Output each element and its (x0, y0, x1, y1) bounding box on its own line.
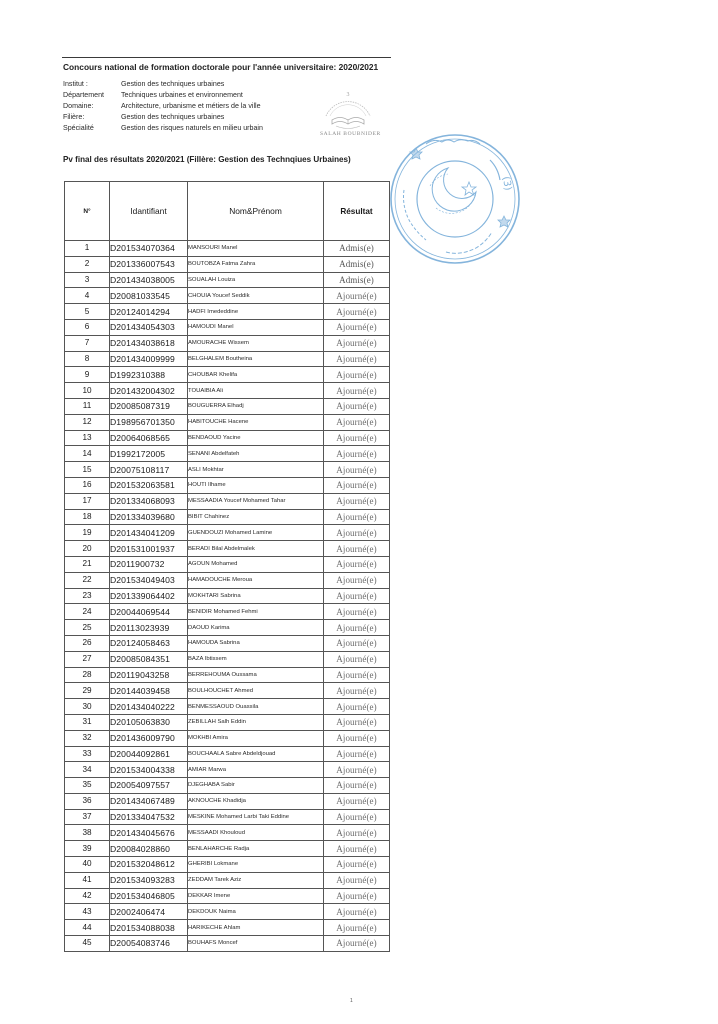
row-identifiant: D1992172005 (110, 446, 188, 462)
table-row: 35D20054097557DJEGHABA SabirAjourné(e) (65, 778, 390, 794)
row-identifiant: D20144039458 (110, 683, 188, 699)
row-identifiant: D201531001937 (110, 541, 188, 557)
row-result: Ajourné(e) (324, 888, 390, 904)
row-identifiant: D20054097557 (110, 778, 188, 794)
row-result: Ajourné(e) (324, 683, 390, 699)
table-row: 27D20085084351BAZA IbtissemAjourné(e) (65, 651, 390, 667)
row-number: 28 (65, 667, 110, 683)
row-number: 19 (65, 525, 110, 541)
row-name: GUENDOUZI Mohamed Lamine (188, 525, 324, 541)
row-name: DJEGHABA Sabir (188, 778, 324, 794)
table-row: 28D20119043258BERREHOUMA OussamaAjourné(… (65, 667, 390, 683)
row-name: HAMOUDA Sabrina (188, 635, 324, 651)
row-result: Ajourné(e) (324, 414, 390, 430)
row-name: SOUALAH Louiza (188, 272, 324, 288)
row-result: Ajourné(e) (324, 335, 390, 351)
row-result: Ajourné(e) (324, 319, 390, 335)
row-name: BOULHOUCHET Ahmed (188, 683, 324, 699)
row-number: 9 (65, 367, 110, 383)
table-row: 22D201534049403HAMADOUCHE MerouaAjourné(… (65, 572, 390, 588)
table-row: 45D20054083746BOUHAFS MoncefAjourné(e) (65, 936, 390, 952)
table-row: 21D2011900732AGOUN MohamedAjourné(e) (65, 556, 390, 572)
table-row: 24D20044069544BENIDIR Mohamed FehmiAjour… (65, 604, 390, 620)
row-result: Ajourné(e) (324, 651, 390, 667)
header-resultat: Résultat (324, 182, 390, 241)
row-result: Ajourné(e) (324, 572, 390, 588)
row-identifiant: D201434041209 (110, 525, 188, 541)
row-name: AGOUN Mohamed (188, 556, 324, 572)
row-result: Admis(e) (324, 272, 390, 288)
row-result: Ajourné(e) (324, 588, 390, 604)
row-name: DEKKAR Imene (188, 888, 324, 904)
table-row: 13D20064068565BENDAOUD YacineAjourné(e) (65, 430, 390, 446)
table-header-row: N° Idantifiant Nom&Prénom Résultat (65, 182, 390, 241)
row-name: BOUHAFS Moncef (188, 936, 324, 952)
row-number: 3 (65, 272, 110, 288)
row-number: 1 (65, 241, 110, 257)
row-identifiant: D201434040222 (110, 699, 188, 715)
row-identifiant: D20044092861 (110, 746, 188, 762)
row-name: BOUTOBZA Fatma Zahra (188, 256, 324, 272)
row-identifiant: D201432004302 (110, 383, 188, 399)
table-row: 37D201334047532MESKINE Mohamed Larbi Tak… (65, 809, 390, 825)
row-name: GHERIBI Lokmane (188, 857, 324, 873)
row-name: MANSOURI Manel (188, 241, 324, 257)
row-identifiant: D20054083746 (110, 936, 188, 952)
row-identifiant: D201434045676 (110, 825, 188, 841)
row-number: 16 (65, 477, 110, 493)
header-nom-prenom: Nom&Prénom (188, 182, 324, 241)
row-number: 12 (65, 414, 110, 430)
row-result: Ajourné(e) (324, 398, 390, 414)
row-number: 5 (65, 304, 110, 320)
results-table: N° Idantifiant Nom&Prénom Résultat 1D201… (64, 181, 390, 952)
row-name: BELGHALEM Boutheina (188, 351, 324, 367)
table-row: 9D1992310388CHOUBAR KhelifaAjourné(e) (65, 367, 390, 383)
row-number: 18 (65, 509, 110, 525)
row-number: 11 (65, 398, 110, 414)
row-result: Ajourné(e) (324, 509, 390, 525)
row-name: BOUCHAALA Sabre Abdeldjouad (188, 746, 324, 762)
table-row: 2D201336007543BOUTOBZA Fatma ZahraAdmis(… (65, 256, 390, 272)
row-result: Ajourné(e) (324, 841, 390, 857)
table-row: 15D20075108117ASLI MokhtarAjourné(e) (65, 462, 390, 478)
meta-domaine: Domaine: Architecture, urbanisme et méti… (63, 100, 263, 111)
table-row: 10D201432004302TOUAIBIA AliAjourné(e) (65, 383, 390, 399)
row-identifiant: D20105063830 (110, 714, 188, 730)
row-result: Ajourné(e) (324, 635, 390, 651)
row-identifiant: D201434054303 (110, 319, 188, 335)
table-row: 1D201534070364MANSOURI ManelAdmis(e) (65, 241, 390, 257)
row-number: 32 (65, 730, 110, 746)
row-name: BAZA Ibtissem (188, 651, 324, 667)
row-identifiant: D201534046805 (110, 888, 188, 904)
row-identifiant: D201434038618 (110, 335, 188, 351)
row-result: Ajourné(e) (324, 936, 390, 952)
row-name: HOUTI Ilhame (188, 477, 324, 493)
row-identifiant: D201334047532 (110, 809, 188, 825)
row-name: TOUAIBIA Ali (188, 383, 324, 399)
results-body: 1D201534070364MANSOURI ManelAdmis(e)2D20… (65, 241, 390, 952)
row-result: Ajourné(e) (324, 604, 390, 620)
row-number: 27 (65, 651, 110, 667)
meta-filiere: Filière: Gestion des techniques urbaines (63, 112, 263, 123)
row-identifiant: D20064068565 (110, 430, 188, 446)
table-row: 11D20085087319BOUGUERRA ElhadjAjourné(e) (65, 398, 390, 414)
row-number: 7 (65, 335, 110, 351)
row-identifiant: D201436009790 (110, 730, 188, 746)
row-name: MESSAADIA Youcef Mohamed Tahar (188, 493, 324, 509)
row-identifiant: D201336007543 (110, 256, 188, 272)
row-number: 29 (65, 683, 110, 699)
row-name: BERREHOUMA Oussama (188, 667, 324, 683)
row-number: 34 (65, 762, 110, 778)
row-result: Ajourné(e) (324, 541, 390, 557)
table-row: 41D201534093283ZEDDAM Tarek AzizAjourné(… (65, 872, 390, 888)
row-name: MOKHTARI Sabrina (188, 588, 324, 604)
row-number: 40 (65, 857, 110, 873)
table-row: 38D201434045676MESSAADI KhouloudAjourné(… (65, 825, 390, 841)
table-row: 14D1992172005SENANI AbdelfatehAjourné(e) (65, 446, 390, 462)
row-name: BENIDIR Mohamed Fehmi (188, 604, 324, 620)
row-name: MOKHBI Amira (188, 730, 324, 746)
row-number: 25 (65, 620, 110, 636)
row-name: BENMESSAOUD Ouassila (188, 699, 324, 715)
row-result: Ajourné(e) (324, 667, 390, 683)
row-identifiant: D2011900732 (110, 556, 188, 572)
row-name: ASLI Mokhtar (188, 462, 324, 478)
svg-text:(3): (3) (500, 176, 513, 192)
row-result: Ajourné(e) (324, 793, 390, 809)
pv-title: Pv final des résultats 2020/2021 (Fillèr… (63, 155, 351, 164)
table-row: 4D20081033545CHOUIA Youcef SeddikAjourné… (65, 288, 390, 304)
row-result: Ajourné(e) (324, 477, 390, 493)
table-row: 16D201532063581HOUTI IlhameAjourné(e) (65, 477, 390, 493)
row-result: Admis(e) (324, 256, 390, 272)
row-number: 2 (65, 256, 110, 272)
row-identifiant: D20124058463 (110, 635, 188, 651)
row-number: 33 (65, 746, 110, 762)
table-row: 33D20044092861BOUCHAALA Sabre Abdeldjoua… (65, 746, 390, 762)
row-name: MESKINE Mohamed Larbi Taki Eddine (188, 809, 324, 825)
row-identifiant: D201334068093 (110, 493, 188, 509)
row-result: Admis(e) (324, 241, 390, 257)
row-identifiant: D1992310388 (110, 367, 188, 383)
table-row: 42D201534046805DEKKAR ImeneAjourné(e) (65, 888, 390, 904)
row-identifiant: D20119043258 (110, 667, 188, 683)
row-result: Ajourné(e) (324, 825, 390, 841)
row-identifiant: D198956701350 (110, 414, 188, 430)
row-name: MESSAADI Khouloud (188, 825, 324, 841)
row-number: 39 (65, 841, 110, 857)
row-name: AMIAR Marwa (188, 762, 324, 778)
row-result: Ajourné(e) (324, 699, 390, 715)
table-row: 6D201434054303HAMOUDI ManelAjourné(e) (65, 319, 390, 335)
row-identifiant: D201534088038 (110, 920, 188, 936)
table-row: 3D201434038005SOUALAH LouizaAdmis(e) (65, 272, 390, 288)
row-result: Ajourné(e) (324, 493, 390, 509)
row-number: 20 (65, 541, 110, 557)
row-identifiant: D2002406474 (110, 904, 188, 920)
row-result: Ajourné(e) (324, 872, 390, 888)
page-number: 1 (350, 998, 353, 1004)
row-result: Ajourné(e) (324, 430, 390, 446)
header-number: N° (65, 182, 110, 241)
row-result: Ajourné(e) (324, 809, 390, 825)
row-identifiant: D20085084351 (110, 651, 188, 667)
table-row: 34D201534004338AMIAR MarwaAjourné(e) (65, 762, 390, 778)
row-number: 44 (65, 920, 110, 936)
table-row: 18D201334039680BIBIT ChahinezAjourné(e) (65, 509, 390, 525)
table-row: 36D201434067489AKNOUCHE KhadidjaAjourné(… (65, 793, 390, 809)
row-number: 6 (65, 319, 110, 335)
row-number: 23 (65, 588, 110, 604)
row-number: 17 (65, 493, 110, 509)
row-result: Ajourné(e) (324, 304, 390, 320)
row-name: BIBIT Chahinez (188, 509, 324, 525)
row-number: 43 (65, 904, 110, 920)
row-number: 42 (65, 888, 110, 904)
row-identifiant: D201532048612 (110, 857, 188, 873)
row-name: ZEBILLAH Salh Eddin (188, 714, 324, 730)
row-name: BOUGUERRA Elhadj (188, 398, 324, 414)
row-result: Ajourné(e) (324, 857, 390, 873)
table-row: 31D20105063830ZEBILLAH Salh EddinAjourné… (65, 714, 390, 730)
table-row: 19D201434041209GUENDOUZI Mohamed LamineA… (65, 525, 390, 541)
row-name: AMOURACHE Wissem (188, 335, 324, 351)
row-number: 24 (65, 604, 110, 620)
row-result: Ajourné(e) (324, 730, 390, 746)
row-name: CHOUIA Youcef Seddik (188, 288, 324, 304)
row-number: 45 (65, 936, 110, 952)
row-result: Ajourné(e) (324, 367, 390, 383)
table-row: 43D2002406474DEKDOUK NaimaAjourné(e) (65, 904, 390, 920)
row-identifiant: D20124014294 (110, 304, 188, 320)
row-identifiant: D201434009999 (110, 351, 188, 367)
row-name: ZEDDAM Tarek Aziz (188, 872, 324, 888)
row-identifiant: D20085087319 (110, 398, 188, 414)
table-row: 5D20124014294HADFI ImededdineAjourné(e) (65, 304, 390, 320)
meta-specialite: Spécialité Gestion des risques naturels … (63, 123, 263, 134)
table-row: 20D201531001937BERADI Bilal AbdelmalekAj… (65, 541, 390, 557)
row-number: 38 (65, 825, 110, 841)
row-number: 41 (65, 872, 110, 888)
meta-departement: Département Techniques urbaines et envir… (63, 89, 263, 100)
row-result: Ajourné(e) (324, 620, 390, 636)
row-result: Ajourné(e) (324, 778, 390, 794)
row-number: 4 (65, 288, 110, 304)
svg-text:3: 3 (347, 92, 350, 98)
document-title: Concours national de formation doctorale… (63, 62, 378, 72)
official-stamp-icon: (3) (386, 130, 524, 268)
logo-caption: SALAH BOUBNIDER (320, 131, 380, 137)
row-number: 8 (65, 351, 110, 367)
table-row: 39D20084028860BENLAHARCHE RadjaAjourné(e… (65, 841, 390, 857)
row-result: Ajourné(e) (324, 525, 390, 541)
row-number: 26 (65, 635, 110, 651)
row-name: HARIKECHE Ahlam (188, 920, 324, 936)
row-name: HAMADOUCHE Meroua (188, 572, 324, 588)
row-result: Ajourné(e) (324, 746, 390, 762)
row-number: 35 (65, 778, 110, 794)
table-row: 23D201339064402MOKHTARI SabrinaAjourné(e… (65, 588, 390, 604)
row-identifiant: D201534070364 (110, 241, 188, 257)
row-name: CHOUBAR Khelifa (188, 367, 324, 383)
table-row: 30D201434040222BENMESSAOUD OuassilaAjour… (65, 699, 390, 715)
row-name: BENLAHARCHE Radja (188, 841, 324, 857)
document-page: Concours national de formation doctorale… (0, 0, 718, 1024)
table-row: 32D201436009790MOKHBI AmiraAjourné(e) (65, 730, 390, 746)
table-row: 40D201532048612GHERIBI LokmaneAjourné(e) (65, 857, 390, 873)
row-name: HADFI Imededdine (188, 304, 324, 320)
row-name: DAOUD Karima (188, 620, 324, 636)
row-identifiant: D201434067489 (110, 793, 188, 809)
row-identifiant: D201534093283 (110, 872, 188, 888)
row-identifiant: D20081033545 (110, 288, 188, 304)
table-row: 12D198956701350HABITOUCHE HaceneAjourné(… (65, 414, 390, 430)
row-number: 31 (65, 714, 110, 730)
row-number: 30 (65, 699, 110, 715)
row-identifiant: D201532063581 (110, 477, 188, 493)
row-name: DEKDOUK Naima (188, 904, 324, 920)
row-name: HABITOUCHE Hacene (188, 414, 324, 430)
row-result: Ajourné(e) (324, 762, 390, 778)
row-result: Ajourné(e) (324, 714, 390, 730)
row-number: 13 (65, 430, 110, 446)
row-result: Ajourné(e) (324, 446, 390, 462)
row-identifiant: D20113023939 (110, 620, 188, 636)
header-identifiant: Idantifiant (110, 182, 188, 241)
row-identifiant: D20075108117 (110, 462, 188, 478)
table-row: 8D201434009999BELGHALEM BoutheinaAjourné… (65, 351, 390, 367)
row-identifiant: D201334039680 (110, 509, 188, 525)
row-name: BENDAOUD Yacine (188, 430, 324, 446)
row-number: 22 (65, 572, 110, 588)
row-number: 21 (65, 556, 110, 572)
row-identifiant: D201534049403 (110, 572, 188, 588)
row-number: 36 (65, 793, 110, 809)
row-result: Ajourné(e) (324, 556, 390, 572)
row-result: Ajourné(e) (324, 462, 390, 478)
row-identifiant: D201339064402 (110, 588, 188, 604)
row-number: 14 (65, 446, 110, 462)
row-name: BERADI Bilal Abdelmalek (188, 541, 324, 557)
row-identifiant: D20084028860 (110, 841, 188, 857)
table-row: 7D201434038618AMOURACHE WissemAjourné(e) (65, 335, 390, 351)
university-logo-icon: 3 (318, 82, 378, 134)
table-row: 17D201334068093MESSAADIA Youcef Mohamed … (65, 493, 390, 509)
row-result: Ajourné(e) (324, 351, 390, 367)
row-name: HAMOUDI Manel (188, 319, 324, 335)
row-result: Ajourné(e) (324, 904, 390, 920)
table-row: 25D20113023939DAOUD KarimaAjourné(e) (65, 620, 390, 636)
document-meta: Institut : Gestion des techniques urbain… (63, 78, 263, 134)
row-number: 10 (65, 383, 110, 399)
row-identifiant: D20044069544 (110, 604, 188, 620)
table-row: 44D201534088038HARIKECHE AhlamAjourné(e) (65, 920, 390, 936)
row-number: 15 (65, 462, 110, 478)
row-number: 37 (65, 809, 110, 825)
row-identifiant: D201434038005 (110, 272, 188, 288)
table-row: 29D20144039458BOULHOUCHET AhmedAjourné(e… (65, 683, 390, 699)
row-name: SENANI Abdelfateh (188, 446, 324, 462)
row-result: Ajourné(e) (324, 288, 390, 304)
header-rule (62, 57, 391, 58)
meta-institut: Institut : Gestion des techniques urbain… (63, 78, 263, 89)
table-row: 26D20124058463HAMOUDA SabrinaAjourné(e) (65, 635, 390, 651)
row-identifiant: D201534004338 (110, 762, 188, 778)
row-result: Ajourné(e) (324, 383, 390, 399)
row-name: AKNOUCHE Khadidja (188, 793, 324, 809)
row-result: Ajourné(e) (324, 920, 390, 936)
